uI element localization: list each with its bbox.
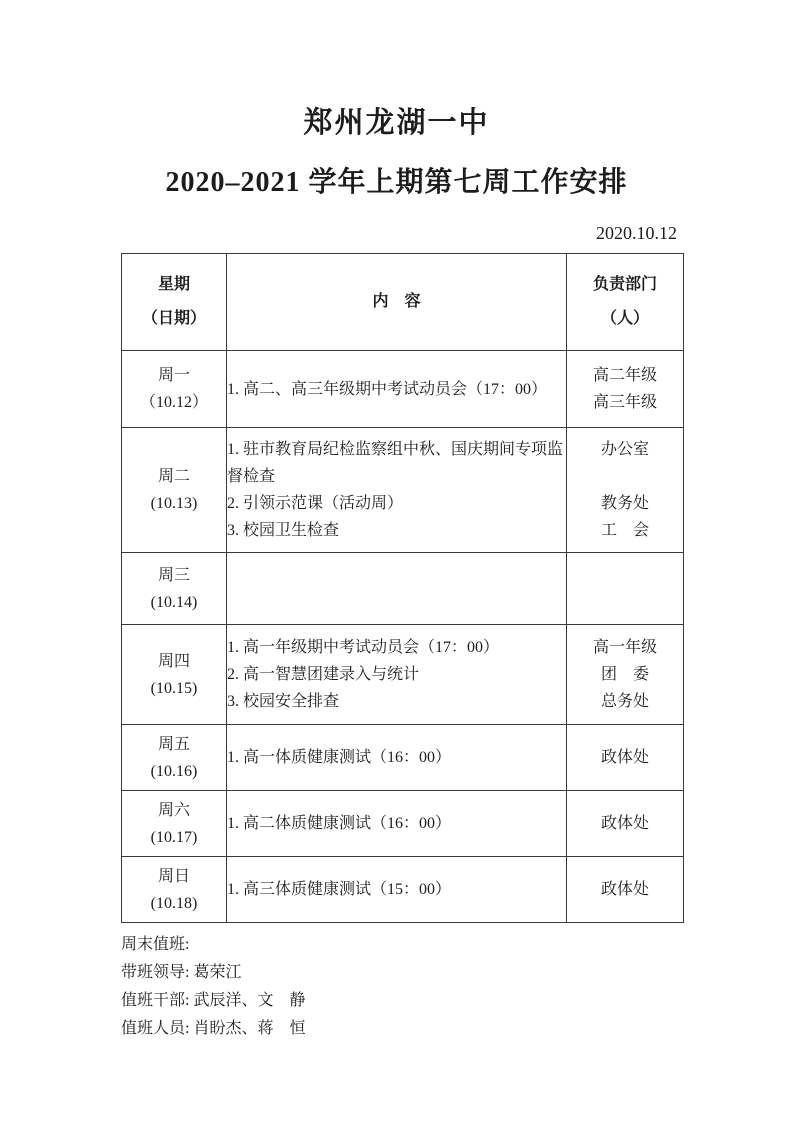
day-label: 周五: [122, 731, 226, 758]
document-page: 郑州龙湖一中 2020–2021 学年上期第七周工作安排 2020.10.12 …: [0, 0, 793, 1121]
schedule-row-sunday: 周日 (10.18) 1. 高三体质健康测试（15：00） 政体处: [122, 857, 684, 923]
content-cell: 1. 高二体质健康测试（16：00）: [227, 791, 567, 857]
dept-cell: 高一年级 团 委 总务处: [567, 625, 684, 725]
schedule-row-tuesday: 周二 (10.13) 1. 驻市教育局纪检监察组中秋、国庆期间专项监督检查 2.…: [122, 428, 684, 553]
dept-cell: 政体处: [567, 725, 684, 791]
content-item: 1. 高一体质健康测试（16：00）: [227, 744, 566, 771]
duty-leader-line: 带班领导: 葛荣江: [121, 959, 793, 987]
document-date: 2020.10.12: [121, 222, 683, 244]
day-label: 周一: [122, 362, 226, 389]
dept-cell: 政体处: [567, 791, 684, 857]
header-day-label: 星期: [122, 268, 226, 302]
duty-cadre-line: 值班干部: 武辰洋、文 静: [121, 987, 793, 1015]
dept-cell: 办公室 教务处 工 会: [567, 428, 684, 553]
dept-item: [567, 463, 683, 490]
document-title: 2020–2021 学年上期第七周工作安排: [0, 164, 793, 202]
content-item: 1. 高三体质健康测试（15：00）: [227, 876, 566, 903]
content-cell: 1. 驻市教育局纪检监察组中秋、国庆期间专项监督检查 2. 引领示范课（活动周）…: [227, 428, 567, 553]
content-item: 1. 高一年级期中考试动员会（17：00）: [227, 634, 566, 661]
schedule-row-thursday: 周四 (10.15) 1. 高一年级期中考试动员会（17：00） 2. 高一智慧…: [122, 625, 684, 725]
day-cell: 周三 (10.14): [122, 553, 227, 625]
schedule-table: 星期 （日期） 内 容 负责部门 （人） 周一 （10.12） 1. 高二、高三…: [121, 253, 684, 923]
header-dept-cell: 负责部门 （人）: [567, 254, 684, 351]
schedule-row-friday: 周五 (10.16) 1. 高一体质健康测试（16：00） 政体处: [122, 725, 684, 791]
day-cell: 周五 (10.16): [122, 725, 227, 791]
day-label: 周日: [122, 863, 226, 890]
content-cell: [227, 553, 567, 625]
day-cell: 周日 (10.18): [122, 857, 227, 923]
content-item: 2. 引领示范课（活动周）: [227, 490, 566, 517]
school-title: 郑州龙湖一中: [0, 0, 793, 142]
content-cell: 1. 高一体质健康测试（16：00）: [227, 725, 567, 791]
day-date: (10.16): [122, 758, 226, 785]
schedule-row-wednesday: 周三 (10.14): [122, 553, 684, 625]
header-content-label: 内 容: [227, 285, 566, 319]
day-label: 周二: [122, 463, 226, 490]
content-cell: 1. 高三体质健康测试（15：00）: [227, 857, 567, 923]
day-cell: 周一 （10.12）: [122, 351, 227, 428]
dept-item: 政体处: [567, 744, 683, 771]
day-date: (10.15): [122, 675, 226, 702]
dept-cell: [567, 553, 684, 625]
day-cell: 周二 (10.13): [122, 428, 227, 553]
schedule-row-saturday: 周六 (10.17) 1. 高二体质健康测试（16：00） 政体处: [122, 791, 684, 857]
day-cell: 周六 (10.17): [122, 791, 227, 857]
dept-item: 工 会: [567, 517, 683, 544]
content-item: 3. 校园卫生检查: [227, 517, 566, 544]
dept-item: 办公室: [567, 436, 683, 463]
day-date: （10.12）: [122, 389, 226, 416]
day-label: 周六: [122, 797, 226, 824]
dept-item: 政体处: [567, 876, 683, 903]
table-header-row: 星期 （日期） 内 容 负责部门 （人）: [122, 254, 684, 351]
header-date-label: （日期）: [122, 302, 226, 336]
schedule-row-monday: 周一 （10.12） 1. 高二、高三年级期中考试动员会（17：00） 高二年级…: [122, 351, 684, 428]
content-cell: 1. 高一年级期中考试动员会（17：00） 2. 高一智慧团建录入与统计 3. …: [227, 625, 567, 725]
content-item: 1. 高二、高三年级期中考试动员会（17：00）: [227, 376, 566, 403]
content-item: 2. 高一智慧团建录入与统计: [227, 661, 566, 688]
dept-item: 总务处: [567, 688, 683, 715]
day-date: (10.14): [122, 589, 226, 616]
content-item: 1. 驻市教育局纪检监察组中秋、国庆期间专项监督检查: [227, 436, 566, 490]
day-label: 周四: [122, 648, 226, 675]
dept-cell: 高二年级 高三年级: [567, 351, 684, 428]
day-date: (10.13): [122, 490, 226, 517]
dept-item: 教务处: [567, 490, 683, 517]
dept-item: 高二年级: [567, 362, 683, 389]
header-dept-label: 负责部门: [567, 268, 683, 302]
dept-item: 团 委: [567, 661, 683, 688]
day-date: (10.17): [122, 824, 226, 851]
day-label: 周三: [122, 562, 226, 589]
content-item: 3. 校园安全排查: [227, 688, 566, 715]
header-person-label: （人）: [567, 302, 683, 336]
header-content-cell: 内 容: [227, 254, 567, 351]
duty-roster: 周末值班: 带班领导: 葛荣江 值班干部: 武辰洋、文 静 值班人员: 肖盼杰、…: [121, 931, 793, 1043]
content-cell: 1. 高二、高三年级期中考试动员会（17：00）: [227, 351, 567, 428]
duty-staff-line: 值班人员: 肖盼杰、蒋 恒: [121, 1015, 793, 1043]
dept-item: 高一年级: [567, 634, 683, 661]
day-date: (10.18): [122, 890, 226, 917]
dept-item: 高三年级: [567, 389, 683, 416]
header-day-cell: 星期 （日期）: [122, 254, 227, 351]
duty-roster-title: 周末值班:: [121, 931, 793, 959]
dept-item: 政体处: [567, 810, 683, 837]
dept-cell: 政体处: [567, 857, 684, 923]
day-cell: 周四 (10.15): [122, 625, 227, 725]
content-item: 1. 高二体质健康测试（16：00）: [227, 810, 566, 837]
